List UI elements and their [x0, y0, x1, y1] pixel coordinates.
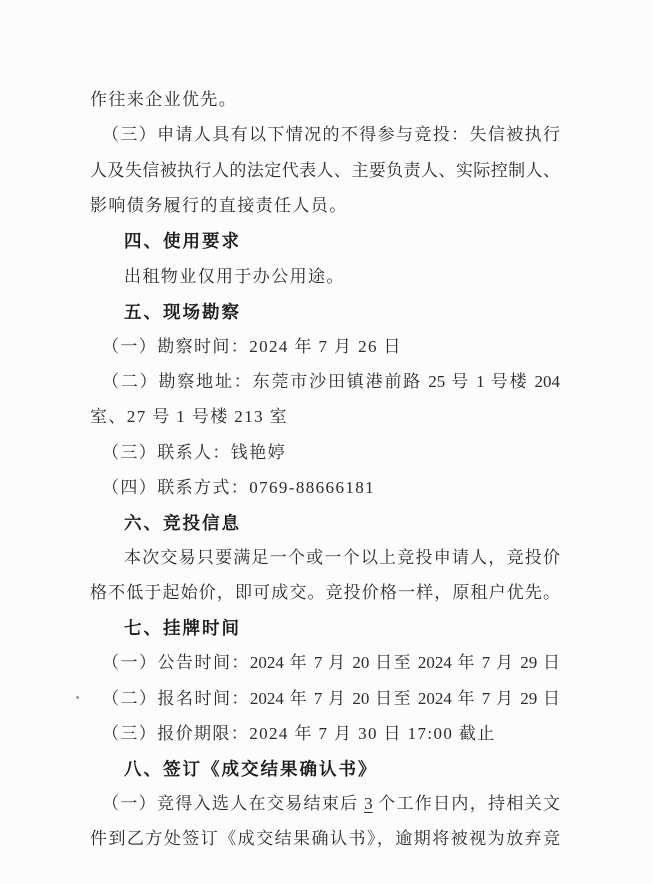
survey-address-line-1: （二）勘察地址：东莞市沙田镇港前路 25 号 1 号楼 204 [90, 369, 560, 395]
section-heading-6-bidding: 六、竞投信息 [90, 510, 560, 536]
bidding-info-line-2: 格不低于起始价，即可成交。竞投价格一样，原租户优先。 [90, 580, 560, 606]
document-page: 作往来企业优先。 （三）申请人具有以下情况的不得参与竞投：失信被执行 人及失信被… [0, 0, 653, 884]
quotation-deadline-line: （三）报价期限：2024 年 7 月 30 日 17:00 截止 [90, 721, 560, 747]
section-heading-7-listing: 七、挂牌时间 [90, 615, 560, 641]
survey-time-line: （一）勘察时间：2024 年 7 月 26 日 [90, 334, 560, 360]
confirmation-sign-line-1: （一）竞得入选人在交易结束后 3 个工作日内，持相关文 [90, 791, 560, 817]
scan-artifact-dot [76, 696, 79, 699]
clause-3-eligibility-line-2: 人及失信被执行人的法定代表人、主要负责人、实际控制人、 [90, 158, 560, 184]
section-heading-4-usage: 四、使用要求 [90, 228, 560, 254]
registration-period-line: （二）报名时间：2024 年 7 月 20 日至 2024 年 7 月 29 日 [90, 686, 560, 712]
paragraph-continuation-line: 作往来企业优先。 [90, 87, 560, 113]
workdays-count-underlined: 3 [364, 794, 373, 813]
announcement-period-line: （一）公告时间：2024 年 7 月 20 日至 2024 年 7 月 29 日 [90, 650, 560, 676]
clause-3-eligibility-line-1: （三）申请人具有以下情况的不得参与竞投：失信被执行 [90, 122, 560, 148]
bidding-info-line-1: 本次交易只要满足一个或一个以上竞投申请人，竞投价 [90, 545, 560, 571]
survey-address-line-2: 室、27 号 1 号楼 213 室 [90, 404, 560, 430]
confirmation-sign-pre: （一）竞得入选人在交易结束后 [102, 794, 364, 813]
confirmation-sign-post: 个工作日内，持相关文 [373, 794, 560, 813]
section-heading-8-confirmation: 八、签订《成交结果确认书》 [90, 756, 560, 782]
usage-requirement-line: 出租物业仅用于办公用途。 [90, 264, 560, 290]
confirmation-sign-line-2: 件到乙方处签订《成交结果确认书》，逾期将被视为放弃竞 [90, 826, 560, 852]
contact-phone-line: （四）联系方式：0769-88666181 [90, 475, 560, 501]
contact-person-line: （三）联系人：钱艳婷 [90, 440, 560, 466]
section-heading-5-survey: 五、现场勘察 [90, 299, 560, 325]
clause-3-eligibility-line-3: 影响债务履行的直接责任人员。 [90, 193, 560, 219]
